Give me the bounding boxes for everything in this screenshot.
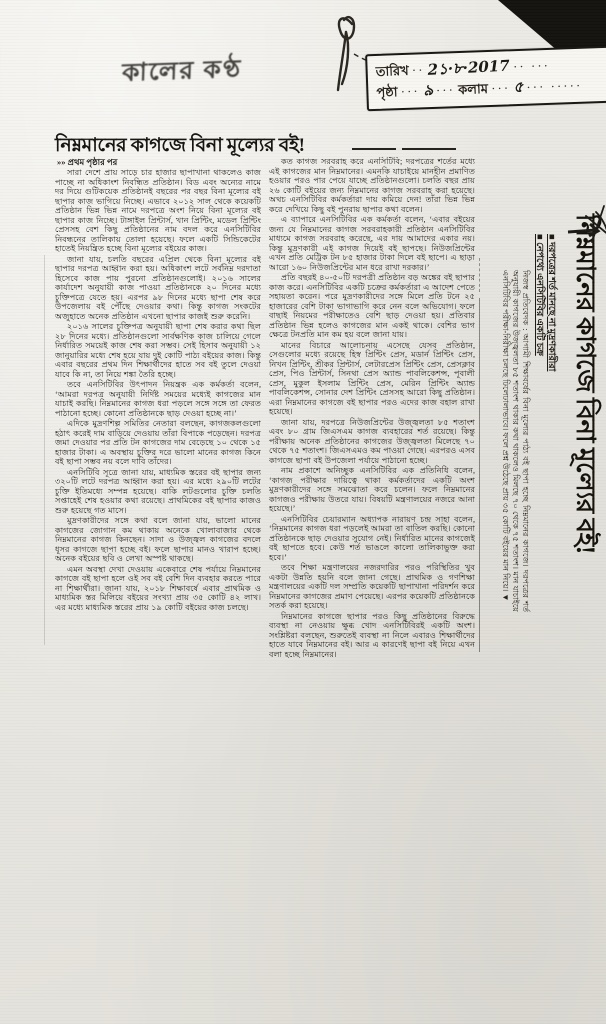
page-leader: ··· xyxy=(400,83,420,99)
clip-bullet: ■ নেপথ্যে এনসিটিবির একটি চক্র xyxy=(533,234,545,494)
article-paragraph: নাম প্রকাশে অনিচ্ছুক এনসিটিবির এক প্রতিন… xyxy=(269,466,475,514)
article-paragraph: জানা যায়, চলতি বছরের এপ্রিল থেকে বিনা ম… xyxy=(55,255,261,322)
article-paragraph: কত কাগজ সরবরাহ করে এনসিটিবি; দরপত্রের শর… xyxy=(269,157,475,214)
article-paragraph: এনসিটিবির চেয়ারম্যান অধ্যাপক নারায়ণ চন… xyxy=(269,515,475,563)
article-paragraph: এদিকে মুদ্রণশিল্প সমিতির নেতারা বলছেন, ক… xyxy=(55,419,261,467)
column-label: কলাম xyxy=(458,81,488,97)
headline-rule xyxy=(352,148,456,150)
article-paragraph: নিম্নমানের কাগজে ছাপার পরও কিছু প্রতিষ্ঠ… xyxy=(269,612,475,660)
article-paragraph: মানের বিচারে আলোচনায় এসেছে যেসব প্রতিষ্… xyxy=(269,341,475,417)
handwritten-date: 2১·৮·2017 xyxy=(427,56,510,80)
rotated-frontpage-clipping: নিম্নমানের কাগজে বিনা মূল্যের বই! ■ দরপত… xyxy=(476,214,606,658)
article-paragraph: জানা যায়, দরপত্রে নিউজপ্রিন্টের উজ্জ্বল… xyxy=(269,418,475,466)
clip-bullet: ■ দরপত্রের শর্ত মানছে না মুদ্রণকারীরা xyxy=(545,234,557,494)
end-leader: ··· ····· xyxy=(526,78,582,95)
page-fold-line xyxy=(44,255,45,645)
date-label: তারিখ xyxy=(375,63,408,79)
archive-stamp-box: তারিখ ·· 2১·৮·2017 ·· ··· পৃষ্ঠা ··· ৯ ·… xyxy=(365,46,606,112)
page-label: পৃষ্ঠা xyxy=(376,84,398,100)
handwritten-arrow-mark xyxy=(566,196,606,248)
article-right-column: কত কাগজ সরবরাহ করে এনসিটিবি; দরপত্রের শর… xyxy=(269,157,475,954)
handwritten-column-number: ৫ xyxy=(513,77,524,97)
newspaper-clipping-scan: কালের কণ্ঠ তারিখ ·· 2১·৮·2017 ·· ··· পৃষ… xyxy=(0,0,606,1024)
date-trailer: ·· ··· xyxy=(513,58,550,74)
rotated-clip-lead-paragraph: নিজস্ব প্রতিবেদক : আগামী শিক্ষাবর্ষের বি… xyxy=(501,270,530,612)
article-paragraph: তবে শিক্ষা মন্ত্রণালয়ের নজরদারির পরও পর… xyxy=(269,563,475,611)
handwritten-page-number: ৯ xyxy=(422,80,433,100)
article-paragraph: মুদ্রণকারীদের সঙ্গে কথা বলে জানা যায়, ভ… xyxy=(55,516,261,564)
article-paragraph: প্রতি বছরই ৪০-৫০টি দরপত্রী প্রতিষ্ঠান বড… xyxy=(269,273,475,340)
article-paragraph: সারা দেশে প্রায় সাড়ে চার হাজার ছাপাখান… xyxy=(55,168,261,254)
article-paragraph: এ ব্যাপারে এনসিটিবির এক কর্মকর্তা বলেন, … xyxy=(269,215,475,272)
rotated-clip-bullets: ■ দরপত্রের শর্ত মানছে না মুদ্রণকারীরা■ ন… xyxy=(533,234,557,494)
column-leader: ··· xyxy=(491,80,511,96)
article-paragraph: তবে এনসিটিবির উৎপাদন নিয়ন্ত্রক এক কর্মক… xyxy=(55,380,261,418)
article-paragraph: ২০১৬ সালের চুক্তিপত্র অনুযায়ী ছাপা শেষ … xyxy=(55,322,261,379)
article-left-column: সারা দেশে প্রায় সাড়ে চার হাজার ছাপাখান… xyxy=(55,168,261,954)
rotated-clip-headline: নিম্নমানের কাগজে বিনা মূল্যের বই! xyxy=(562,214,606,658)
article-paragraph: এনসিটিবি সূত্রে জানা যায়, মাধ্যমিক স্তর… xyxy=(55,468,261,516)
newspaper-masthead-stamp: কালের কণ্ঠ xyxy=(121,47,292,96)
article-paragraph: এমন অবস্থা দেখা দেওয়ায় একেবারে শেষ পর্… xyxy=(55,565,261,613)
mid-leader: ··· xyxy=(436,82,456,98)
date-leader: ·· xyxy=(412,62,425,77)
